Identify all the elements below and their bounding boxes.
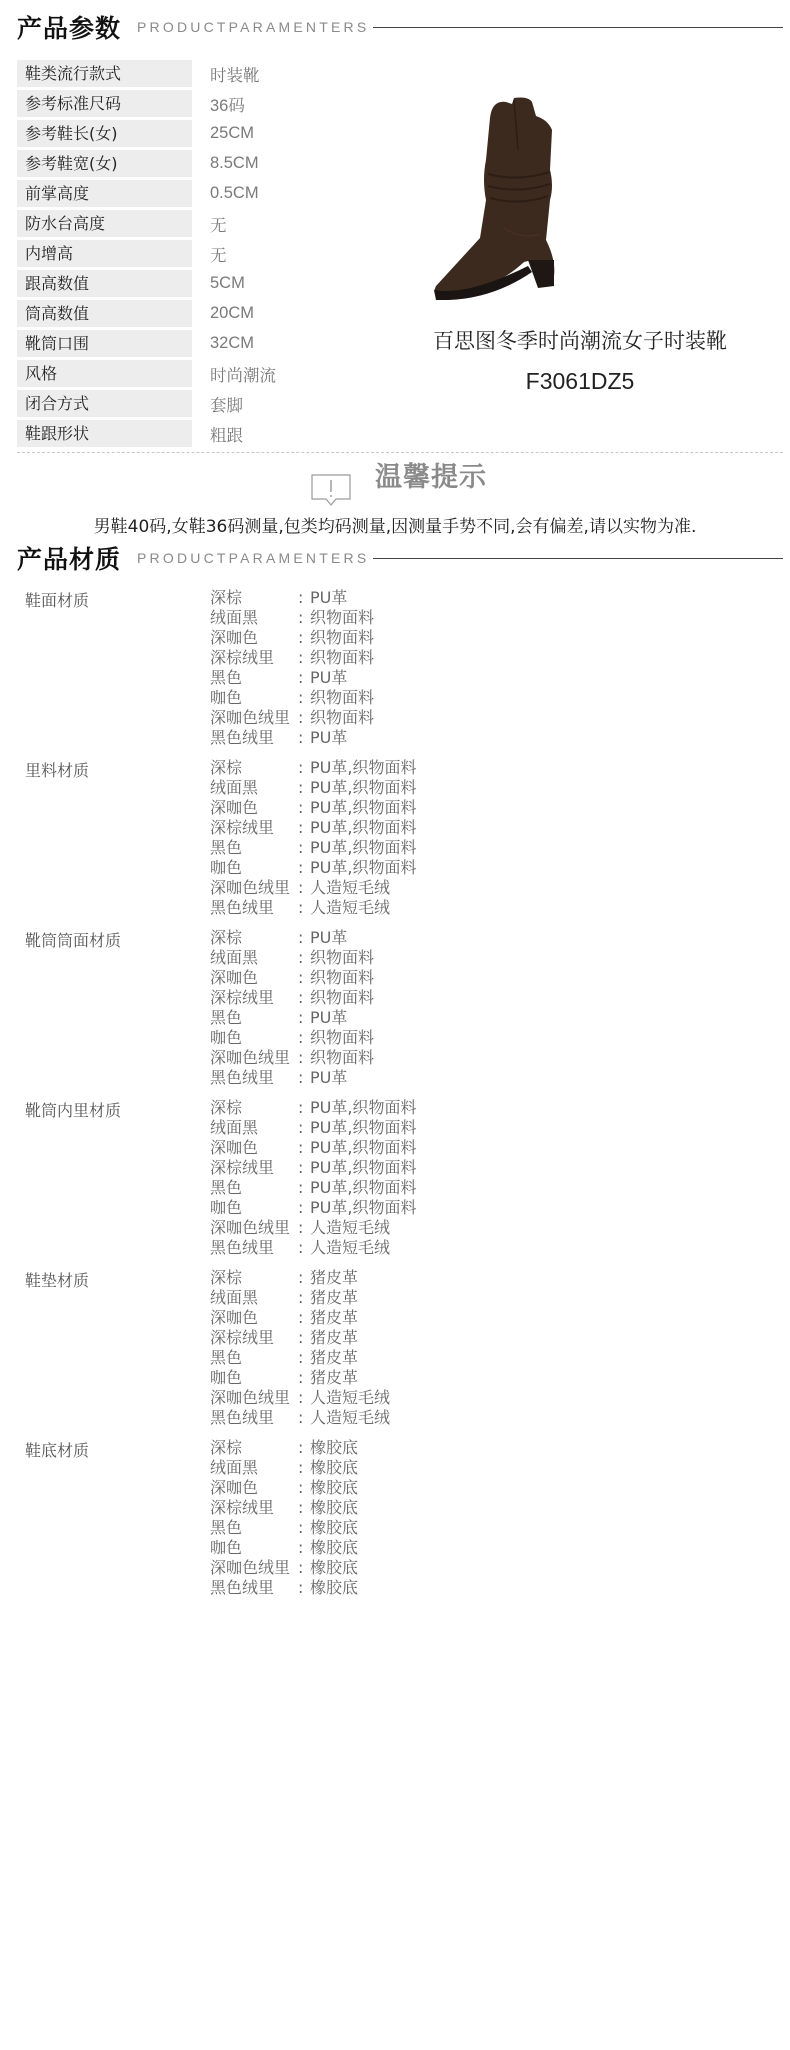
material-value: PU革,织物面料 bbox=[310, 838, 416, 858]
material-line: 黑色:橡胶底 bbox=[210, 1518, 358, 1538]
material-value: 橡胶底 bbox=[310, 1578, 358, 1598]
material-value: 橡胶底 bbox=[310, 1518, 358, 1538]
params-section-subtitle: PRODUCTPARAMENTERS bbox=[137, 19, 369, 35]
color-variant: 黑色 bbox=[210, 1008, 298, 1028]
material-group: 里料材质深棕:PU革,织物面料绒面黑:PU革,织物面料深咖色:PU革,织物面料深… bbox=[0, 758, 790, 928]
color-variant: 深咖色 bbox=[210, 1138, 298, 1158]
material-value: 人造短毛绒 bbox=[310, 878, 390, 898]
material-line: 黑色绒里:PU革 bbox=[210, 728, 374, 748]
params-table: 鞋类流行款式时装靴参考标准尺码36码参考鞋长(女)25CM参考鞋宽(女)8.5C… bbox=[17, 60, 397, 450]
material-value: 织物面料 bbox=[310, 988, 374, 1008]
material-line: 深棕:橡胶底 bbox=[210, 1438, 358, 1458]
param-value: 20CM bbox=[210, 304, 254, 323]
param-value: 5CM bbox=[210, 274, 245, 293]
material-variant-list: 深棕:PU革绒面黑:织物面料深咖色:织物面料深棕绒里:织物面料黑色:PU革咖色:… bbox=[210, 928, 374, 1088]
separator: : bbox=[298, 1478, 310, 1498]
param-label: 参考鞋宽(女) bbox=[17, 150, 192, 177]
separator: : bbox=[298, 1578, 310, 1598]
separator: : bbox=[298, 1198, 310, 1218]
material-line: 咖色:PU革,织物面料 bbox=[210, 1198, 416, 1218]
color-variant: 深咖色 bbox=[210, 628, 298, 648]
color-variant: 黑色 bbox=[210, 838, 298, 858]
material-value: 织物面料 bbox=[310, 708, 374, 728]
color-variant: 黑色绒里 bbox=[210, 728, 298, 748]
material-variant-list: 深棕:PU革,织物面料绒面黑:PU革,织物面料深咖色:PU革,织物面料深棕绒里:… bbox=[210, 1098, 416, 1258]
material-value: 织物面料 bbox=[310, 648, 374, 668]
material-variant-list: 深棕:橡胶底绒面黑:橡胶底深咖色:橡胶底深棕绒里:橡胶底黑色:橡胶底咖色:橡胶底… bbox=[210, 1438, 358, 1598]
color-variant: 深棕 bbox=[210, 588, 298, 608]
material-line: 深咖色:猪皮革 bbox=[210, 1308, 390, 1328]
material-value: 猪皮革 bbox=[310, 1368, 358, 1388]
separator: : bbox=[298, 758, 310, 778]
color-variant: 深咖色 bbox=[210, 1478, 298, 1498]
notice-title: 温馨提示 bbox=[375, 455, 487, 494]
param-row: 闭合方式套脚 bbox=[17, 390, 397, 417]
material-value: PU革 bbox=[310, 928, 347, 948]
material-value: 织物面料 bbox=[310, 948, 374, 968]
separator: : bbox=[298, 1098, 310, 1118]
separator: : bbox=[298, 1368, 310, 1388]
color-variant: 绒面黑 bbox=[210, 948, 298, 968]
separator: : bbox=[298, 968, 310, 988]
material-group: 鞋底材质深棕:橡胶底绒面黑:橡胶底深咖色:橡胶底深棕绒里:橡胶底黑色:橡胶底咖色… bbox=[0, 1438, 790, 1608]
param-label: 参考鞋长(女) bbox=[17, 120, 192, 147]
param-value: 0.5CM bbox=[210, 184, 259, 203]
material-value: 人造短毛绒 bbox=[310, 898, 390, 918]
material-line: 深咖色绒里:人造短毛绒 bbox=[210, 878, 416, 898]
color-variant: 深棕绒里 bbox=[210, 988, 298, 1008]
separator: : bbox=[298, 1498, 310, 1518]
param-value: 32CM bbox=[210, 334, 254, 353]
material-line: 深棕绒里:PU革,织物面料 bbox=[210, 1158, 416, 1178]
material-line: 绒面黑:橡胶底 bbox=[210, 1458, 358, 1478]
separator: : bbox=[298, 1238, 310, 1258]
separator: : bbox=[298, 588, 310, 608]
separator: : bbox=[298, 988, 310, 1008]
separator: : bbox=[298, 778, 310, 798]
separator: : bbox=[298, 1068, 310, 1088]
material-line: 绒面黑:织物面料 bbox=[210, 948, 374, 968]
material-value: PU革,织物面料 bbox=[310, 1158, 416, 1178]
color-variant: 深棕 bbox=[210, 1098, 298, 1118]
param-value: 无 bbox=[210, 242, 227, 266]
material-value: PU革 bbox=[310, 588, 347, 608]
separator: : bbox=[298, 1458, 310, 1478]
color-variant: 黑色 bbox=[210, 668, 298, 688]
separator: : bbox=[298, 928, 310, 948]
color-variant: 绒面黑 bbox=[210, 1118, 298, 1138]
color-variant: 深棕绒里 bbox=[210, 1158, 298, 1178]
material-line: 黑色绒里:橡胶底 bbox=[210, 1578, 358, 1598]
separator: : bbox=[298, 688, 310, 708]
material-value: PU革,织物面料 bbox=[310, 1118, 416, 1138]
material-group: 靴筒内里材质深棕:PU革,织物面料绒面黑:PU革,织物面料深咖色:PU革,织物面… bbox=[0, 1098, 790, 1268]
material-group: 鞋垫材质深棕:猪皮革绒面黑:猪皮革深咖色:猪皮革深棕绒里:猪皮革黑色:猪皮革咖色… bbox=[0, 1268, 790, 1438]
material-line: 绒面黑:PU革,织物面料 bbox=[210, 1118, 416, 1138]
color-variant: 深咖色 bbox=[210, 798, 298, 818]
material-value: 织物面料 bbox=[310, 968, 374, 988]
param-row: 筒高数值20CM bbox=[17, 300, 397, 327]
color-variant: 深咖色绒里 bbox=[210, 1048, 298, 1068]
color-variant: 黑色 bbox=[210, 1178, 298, 1198]
material-value: PU革 bbox=[310, 1068, 347, 1088]
separator: : bbox=[298, 668, 310, 688]
separator: : bbox=[298, 898, 310, 918]
material-line: 深咖色绒里:人造短毛绒 bbox=[210, 1388, 390, 1408]
material-line: 深棕绒里:织物面料 bbox=[210, 988, 374, 1008]
color-variant: 深咖色 bbox=[210, 1308, 298, 1328]
separator: : bbox=[298, 1348, 310, 1368]
separator: : bbox=[298, 818, 310, 838]
material-value: 橡胶底 bbox=[310, 1498, 358, 1518]
param-label: 鞋类流行款式 bbox=[17, 60, 192, 87]
color-variant: 深棕绒里 bbox=[210, 818, 298, 838]
param-label: 前掌高度 bbox=[17, 180, 192, 207]
material-line: 绒面黑:猪皮革 bbox=[210, 1288, 390, 1308]
param-label: 风格 bbox=[17, 360, 192, 387]
color-variant: 黑色 bbox=[210, 1348, 298, 1368]
material-line: 深咖色:橡胶底 bbox=[210, 1478, 358, 1498]
param-row: 鞋跟形状粗跟 bbox=[17, 420, 397, 447]
color-variant: 深棕绒里 bbox=[210, 648, 298, 668]
material-value: 橡胶底 bbox=[310, 1538, 358, 1558]
param-value: 25CM bbox=[210, 124, 254, 143]
material-line: 深咖色:PU革,织物面料 bbox=[210, 1138, 416, 1158]
material-line: 深咖色绒里:织物面料 bbox=[210, 708, 374, 728]
param-row: 靴筒口围32CM bbox=[17, 330, 397, 357]
material-line: 咖色:织物面料 bbox=[210, 1028, 374, 1048]
material-value: 橡胶底 bbox=[310, 1558, 358, 1578]
material-value: PU革,织物面料 bbox=[310, 1198, 416, 1218]
material-line: 深棕:PU革,织物面料 bbox=[210, 758, 416, 778]
color-variant: 咖色 bbox=[210, 1538, 298, 1558]
color-variant: 咖色 bbox=[210, 858, 298, 878]
color-variant: 黑色绒里 bbox=[210, 898, 298, 918]
material-line: 黑色:PU革,织物面料 bbox=[210, 1178, 416, 1198]
material-value: 猪皮革 bbox=[310, 1328, 358, 1348]
separator: : bbox=[298, 1118, 310, 1138]
param-value: 套脚 bbox=[210, 392, 243, 416]
separator: : bbox=[298, 1408, 310, 1428]
materials-list: 鞋面材质深棕:PU革绒面黑:织物面料深咖色:织物面料深棕绒里:织物面料黑色:PU… bbox=[0, 588, 790, 1608]
product-name: 百思图冬季时尚潮流女子时装靴 bbox=[380, 325, 780, 355]
material-value: PU革,织物面料 bbox=[310, 1098, 416, 1118]
material-value: PU革,织物面料 bbox=[310, 1138, 416, 1158]
param-value: 8.5CM bbox=[210, 154, 259, 173]
material-value: PU革,织物面料 bbox=[310, 778, 416, 798]
separator: : bbox=[298, 1008, 310, 1028]
color-variant: 绒面黑 bbox=[210, 1458, 298, 1478]
color-variant: 深棕绒里 bbox=[210, 1498, 298, 1518]
material-group-label: 靴筒筒面材质 bbox=[25, 928, 121, 951]
param-row: 鞋类流行款式时装靴 bbox=[17, 60, 397, 87]
param-value: 粗跟 bbox=[210, 422, 243, 446]
material-value: 织物面料 bbox=[310, 608, 374, 628]
param-label: 内增高 bbox=[17, 240, 192, 267]
color-variant: 深咖色绒里 bbox=[210, 1388, 298, 1408]
materials-section-header: 产品材质 PRODUCTPARAMENTERS bbox=[17, 541, 783, 575]
header-divider bbox=[373, 558, 783, 559]
material-line: 深咖色:PU革,织物面料 bbox=[210, 798, 416, 818]
color-variant: 深棕 bbox=[210, 758, 298, 778]
separator: : bbox=[298, 628, 310, 648]
param-value: 时装靴 bbox=[210, 62, 260, 86]
product-image-boot bbox=[428, 90, 588, 300]
separator: : bbox=[298, 838, 310, 858]
color-variant: 深咖色绒里 bbox=[210, 708, 298, 728]
color-variant: 黑色 bbox=[210, 1518, 298, 1538]
param-label: 防水台高度 bbox=[17, 210, 192, 237]
material-line: 深棕:PU革 bbox=[210, 928, 374, 948]
material-value: PU革,织物面料 bbox=[310, 858, 416, 878]
color-variant: 黑色绒里 bbox=[210, 1238, 298, 1258]
color-variant: 深咖色绒里 bbox=[210, 878, 298, 898]
color-variant: 深棕绒里 bbox=[210, 1328, 298, 1348]
material-value: 织物面料 bbox=[310, 1048, 374, 1068]
material-line: 黑色绒里:人造短毛绒 bbox=[210, 1408, 390, 1428]
material-line: 深棕:PU革,织物面料 bbox=[210, 1098, 416, 1118]
material-line: 深咖色:织物面料 bbox=[210, 968, 374, 988]
param-value: 无 bbox=[210, 212, 227, 236]
separator: : bbox=[298, 608, 310, 628]
color-variant: 深棕 bbox=[210, 928, 298, 948]
separator: : bbox=[298, 1518, 310, 1538]
separator: : bbox=[298, 1268, 310, 1288]
material-line: 咖色:PU革,织物面料 bbox=[210, 858, 416, 878]
separator: : bbox=[298, 798, 310, 818]
material-value: 猪皮革 bbox=[310, 1348, 358, 1368]
param-label: 闭合方式 bbox=[17, 390, 192, 417]
color-variant: 咖色 bbox=[210, 1368, 298, 1388]
header-divider bbox=[373, 27, 783, 28]
color-variant: 咖色 bbox=[210, 1198, 298, 1218]
param-label: 靴筒口围 bbox=[17, 330, 192, 357]
separator: : bbox=[298, 1178, 310, 1198]
product-model: F3061DZ5 bbox=[380, 368, 780, 395]
material-value: PU革,织物面料 bbox=[310, 1178, 416, 1198]
material-group-label: 靴筒内里材质 bbox=[25, 1098, 121, 1121]
param-row: 风格时尚潮流 bbox=[17, 360, 397, 387]
material-value: PU革 bbox=[310, 668, 347, 688]
material-group-label: 鞋面材质 bbox=[25, 588, 89, 611]
separator: : bbox=[298, 648, 310, 668]
color-variant: 咖色 bbox=[210, 688, 298, 708]
material-line: 咖色:猪皮革 bbox=[210, 1368, 390, 1388]
param-row: 防水台高度无 bbox=[17, 210, 397, 237]
color-variant: 绒面黑 bbox=[210, 778, 298, 798]
material-line: 咖色:橡胶底 bbox=[210, 1538, 358, 1558]
separator: : bbox=[298, 1158, 310, 1178]
param-row: 参考鞋宽(女)8.5CM bbox=[17, 150, 397, 177]
material-line: 深棕:PU革 bbox=[210, 588, 374, 608]
param-row: 前掌高度0.5CM bbox=[17, 180, 397, 207]
color-variant: 深咖色 bbox=[210, 968, 298, 988]
color-variant: 深咖色绒里 bbox=[210, 1558, 298, 1578]
material-line: 深棕绒里:橡胶底 bbox=[210, 1498, 358, 1518]
material-line: 黑色:PU革,织物面料 bbox=[210, 838, 416, 858]
param-label: 跟高数值 bbox=[17, 270, 192, 297]
material-line: 黑色绒里:人造短毛绒 bbox=[210, 1238, 416, 1258]
material-value: 人造短毛绒 bbox=[310, 1408, 390, 1428]
param-row: 跟高数值5CM bbox=[17, 270, 397, 297]
param-value: 时尚潮流 bbox=[210, 362, 276, 386]
color-variant: 深棕 bbox=[210, 1268, 298, 1288]
material-value: 橡胶底 bbox=[310, 1438, 358, 1458]
material-line: 深棕:猪皮革 bbox=[210, 1268, 390, 1288]
exclamation-bubble-icon bbox=[310, 473, 352, 507]
dashed-divider bbox=[17, 452, 783, 453]
material-value: PU革,织物面料 bbox=[310, 758, 416, 778]
material-value: 猪皮革 bbox=[310, 1308, 358, 1328]
separator: : bbox=[298, 1218, 310, 1238]
separator: : bbox=[298, 1438, 310, 1458]
color-variant: 黑色绒里 bbox=[210, 1408, 298, 1428]
separator: : bbox=[298, 1538, 310, 1558]
material-group-label: 鞋垫材质 bbox=[25, 1268, 89, 1291]
material-line: 黑色:PU革 bbox=[210, 668, 374, 688]
material-value: PU革,织物面料 bbox=[310, 818, 416, 838]
material-line: 深咖色:织物面料 bbox=[210, 628, 374, 648]
material-line: 黑色绒里:PU革 bbox=[210, 1068, 374, 1088]
color-variant: 深棕 bbox=[210, 1438, 298, 1458]
separator: : bbox=[298, 1308, 310, 1328]
material-line: 深棕绒里:织物面料 bbox=[210, 648, 374, 668]
separator: : bbox=[298, 1138, 310, 1158]
separator: : bbox=[298, 858, 310, 878]
param-row: 参考标准尺码36码 bbox=[17, 90, 397, 117]
params-section-title: 产品参数 bbox=[17, 9, 121, 45]
material-line: 深咖色绒里:橡胶底 bbox=[210, 1558, 358, 1578]
material-line: 黑色绒里:人造短毛绒 bbox=[210, 898, 416, 918]
color-variant: 绒面黑 bbox=[210, 1288, 298, 1308]
color-variant: 绒面黑 bbox=[210, 608, 298, 628]
materials-section-title: 产品材质 bbox=[17, 540, 121, 576]
material-line: 绒面黑:织物面料 bbox=[210, 608, 374, 628]
material-value: 猪皮革 bbox=[310, 1268, 358, 1288]
material-value: 织物面料 bbox=[310, 628, 374, 648]
separator: : bbox=[298, 1288, 310, 1308]
separator: : bbox=[298, 1328, 310, 1348]
material-line: 黑色:PU革 bbox=[210, 1008, 374, 1028]
material-value: PU革,织物面料 bbox=[310, 798, 416, 818]
material-group: 靴筒筒面材质深棕:PU革绒面黑:织物面料深咖色:织物面料深棕绒里:织物面料黑色:… bbox=[0, 928, 790, 1098]
material-line: 深咖色绒里:织物面料 bbox=[210, 1048, 374, 1068]
notice-text: 男鞋40码,女鞋36码测量,包类均码测量,因测量手势不同,会有偏差,请以实物为准… bbox=[0, 512, 790, 537]
param-label: 鞋跟形状 bbox=[17, 420, 192, 447]
material-value: 人造短毛绒 bbox=[310, 1218, 390, 1238]
separator: : bbox=[298, 878, 310, 898]
material-value: 人造短毛绒 bbox=[310, 1388, 390, 1408]
separator: : bbox=[298, 1028, 310, 1048]
separator: : bbox=[298, 1558, 310, 1578]
material-line: 咖色:织物面料 bbox=[210, 688, 374, 708]
param-row: 内增高无 bbox=[17, 240, 397, 267]
param-row: 参考鞋长(女)25CM bbox=[17, 120, 397, 147]
separator: : bbox=[298, 1048, 310, 1068]
separator: : bbox=[298, 948, 310, 968]
color-variant: 黑色绒里 bbox=[210, 1068, 298, 1088]
separator: : bbox=[298, 728, 310, 748]
material-value: 猪皮革 bbox=[310, 1288, 358, 1308]
material-value: 橡胶底 bbox=[310, 1458, 358, 1478]
material-variant-list: 深棕:猪皮革绒面黑:猪皮革深咖色:猪皮革深棕绒里:猪皮革黑色:猪皮革咖色:猪皮革… bbox=[210, 1268, 390, 1428]
color-variant: 黑色绒里 bbox=[210, 1578, 298, 1598]
separator: : bbox=[298, 1388, 310, 1408]
material-group-label: 里料材质 bbox=[25, 758, 89, 781]
material-value: 人造短毛绒 bbox=[310, 1238, 390, 1258]
material-line: 绒面黑:PU革,织物面料 bbox=[210, 778, 416, 798]
material-line: 黑色:猪皮革 bbox=[210, 1348, 390, 1368]
color-variant: 深咖色绒里 bbox=[210, 1218, 298, 1238]
material-value: PU革 bbox=[310, 1008, 347, 1028]
color-variant: 咖色 bbox=[210, 1028, 298, 1048]
material-group: 鞋面材质深棕:PU革绒面黑:织物面料深咖色:织物面料深棕绒里:织物面料黑色:PU… bbox=[0, 588, 790, 758]
separator: : bbox=[298, 708, 310, 728]
material-variant-list: 深棕:PU革,织物面料绒面黑:PU革,织物面料深咖色:PU革,织物面料深棕绒里:… bbox=[210, 758, 416, 918]
params-section-header: 产品参数 PRODUCTPARAMENTERS bbox=[17, 10, 783, 44]
material-line: 深咖色绒里:人造短毛绒 bbox=[210, 1218, 416, 1238]
material-value: 橡胶底 bbox=[310, 1478, 358, 1498]
material-line: 深棕绒里:PU革,织物面料 bbox=[210, 818, 416, 838]
param-label: 参考标准尺码 bbox=[17, 90, 192, 117]
materials-section-subtitle: PRODUCTPARAMENTERS bbox=[137, 550, 369, 566]
param-value: 36码 bbox=[210, 92, 245, 116]
material-value: PU革 bbox=[310, 728, 347, 748]
material-line: 深棕绒里:猪皮革 bbox=[210, 1328, 390, 1348]
material-value: 织物面料 bbox=[310, 688, 374, 708]
material-value: 织物面料 bbox=[310, 1028, 374, 1048]
material-group-label: 鞋底材质 bbox=[25, 1438, 89, 1461]
material-variant-list: 深棕:PU革绒面黑:织物面料深咖色:织物面料深棕绒里:织物面料黑色:PU革咖色:… bbox=[210, 588, 374, 748]
param-label: 筒高数值 bbox=[17, 300, 192, 327]
